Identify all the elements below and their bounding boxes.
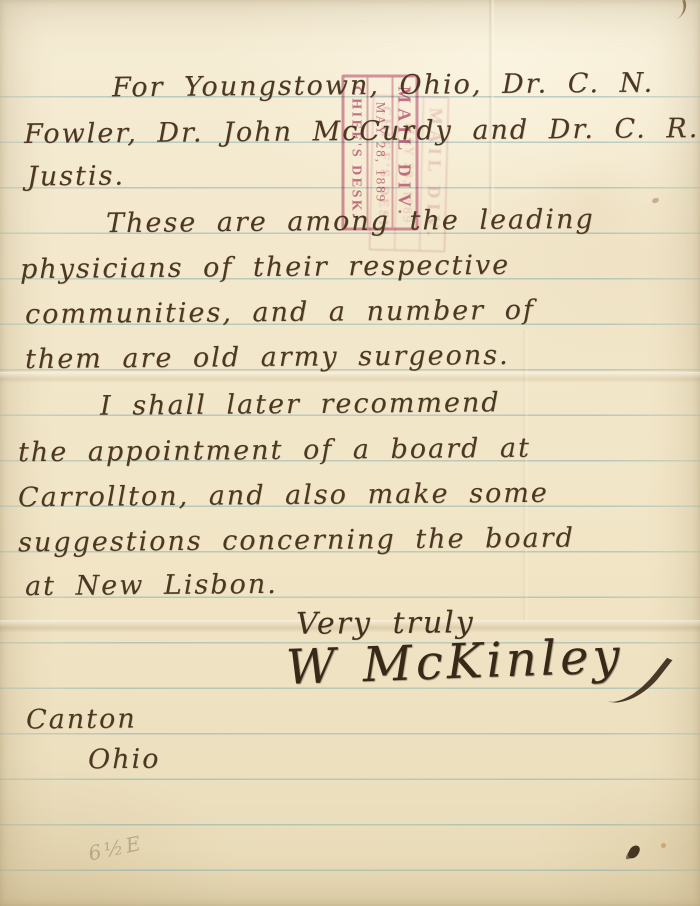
place-state: Ohio [88,744,161,776]
letter-line-7: them are old army surgeons. [25,340,510,375]
letter-line-6: communities, and a number of [25,295,535,330]
letter-line-5: physicians of their respective [20,250,510,285]
letter-line-3: Justis. [27,161,125,193]
letter-line-10: Carrollton, and also make some [18,478,549,514]
signature-w-mckinley: W McKinley [285,628,624,696]
letter-scan: MAIL DIV. MAY 28, 1889 CHIEF'S DESK. MAI… [0,0,700,906]
letter-line-8: I shall later recommend [100,387,501,421]
letter-line-9: the appointment of a board at [18,433,531,468]
place-city: Canton [26,704,137,736]
letter-line-11: suggestions concerning the board [18,523,575,559]
letter-line-12: at New Lisbon. [25,569,278,602]
letter-line-1: For Youngstown, Ohio, Dr. C. N. [112,68,654,104]
rust-speck [661,843,666,848]
letter-line-2: Fowler, Dr. John McCurdy and Dr. C. R. [24,113,700,150]
letter-line-4: These are among the leading [106,204,595,239]
